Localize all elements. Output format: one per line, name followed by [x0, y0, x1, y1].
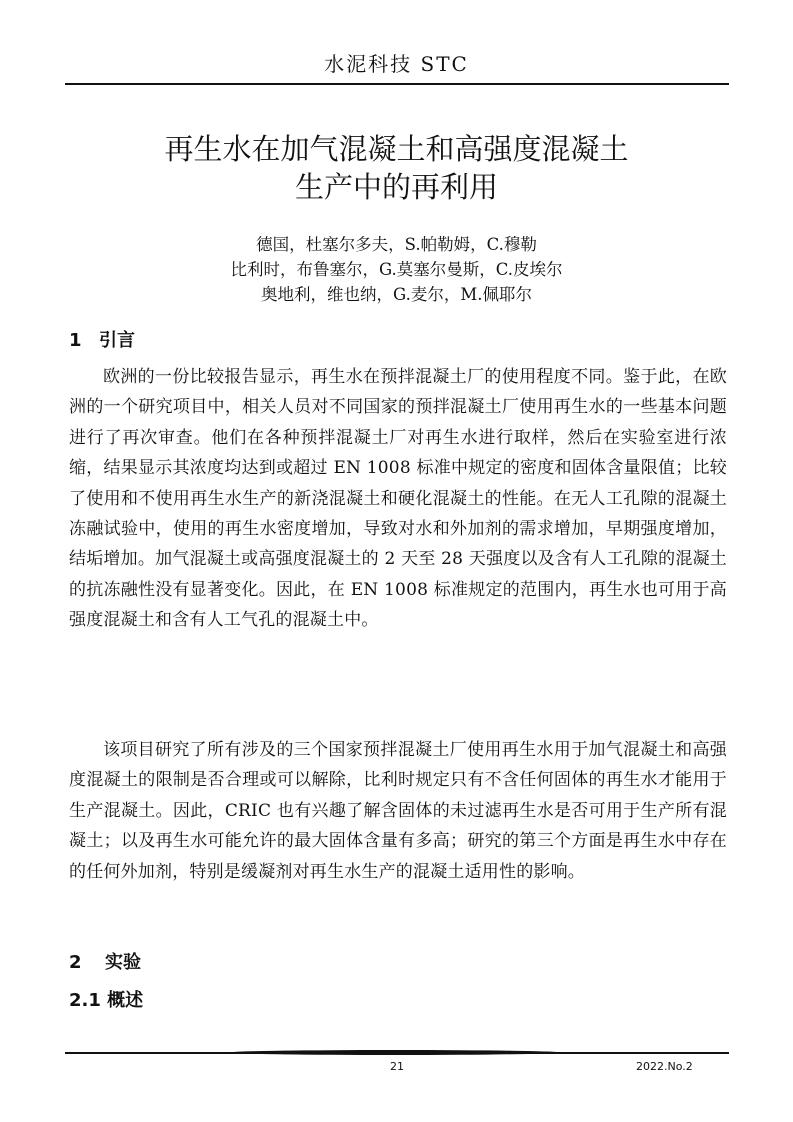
author-list: 德国，杜塞尔多夫，S.帕勒姆，C.穆勒 比利时，布鲁塞尔，G.莫塞尔曼斯，C.皮… [0, 232, 793, 307]
issue-label: 2022.No.2 [636, 1060, 693, 1073]
title-line-1: 再生水在加气混凝土和高强度混凝土 [0, 130, 793, 168]
intro-paragraph-1: 欧洲的一份比较报告显示，再生水在预拌混凝土厂的使用程度不同。鉴于此，在欧洲的一个… [69, 362, 727, 636]
section-number: 2.1 [69, 990, 101, 1011]
section-title: 引言 [99, 330, 135, 351]
intro-paragraph-2: 该项目研究了所有涉及的三个国家预拌混凝土厂使用再生水用于加气混凝土和高强度混凝土… [69, 735, 727, 887]
section-heading-1: 1引言 [69, 326, 135, 352]
page-number: 21 [390, 1060, 404, 1073]
footer-rule-accent [230, 1050, 560, 1055]
author-line: 奥地利，维也纳，G.麦尔，M.佩耶尔 [0, 282, 793, 307]
header-rule [65, 83, 729, 85]
section-heading-2: 2实验 [69, 948, 141, 974]
section-title: 实验 [105, 952, 141, 973]
section-number: 1 [69, 330, 99, 351]
section-number: 2 [69, 952, 105, 973]
article-title: 再生水在加气混凝土和高强度混凝土 生产中的再利用 [0, 130, 793, 206]
journal-header: 水泥科技 STC [0, 48, 793, 77]
title-line-2: 生产中的再利用 [0, 168, 793, 206]
author-line: 比利时，布鲁塞尔，G.莫塞尔曼斯，C.皮埃尔 [0, 257, 793, 282]
author-line: 德国，杜塞尔多夫，S.帕勒姆，C.穆勒 [0, 232, 793, 257]
subsection-heading-2-1: 2.1 概述 [69, 986, 143, 1012]
section-title: 概述 [107, 990, 143, 1011]
